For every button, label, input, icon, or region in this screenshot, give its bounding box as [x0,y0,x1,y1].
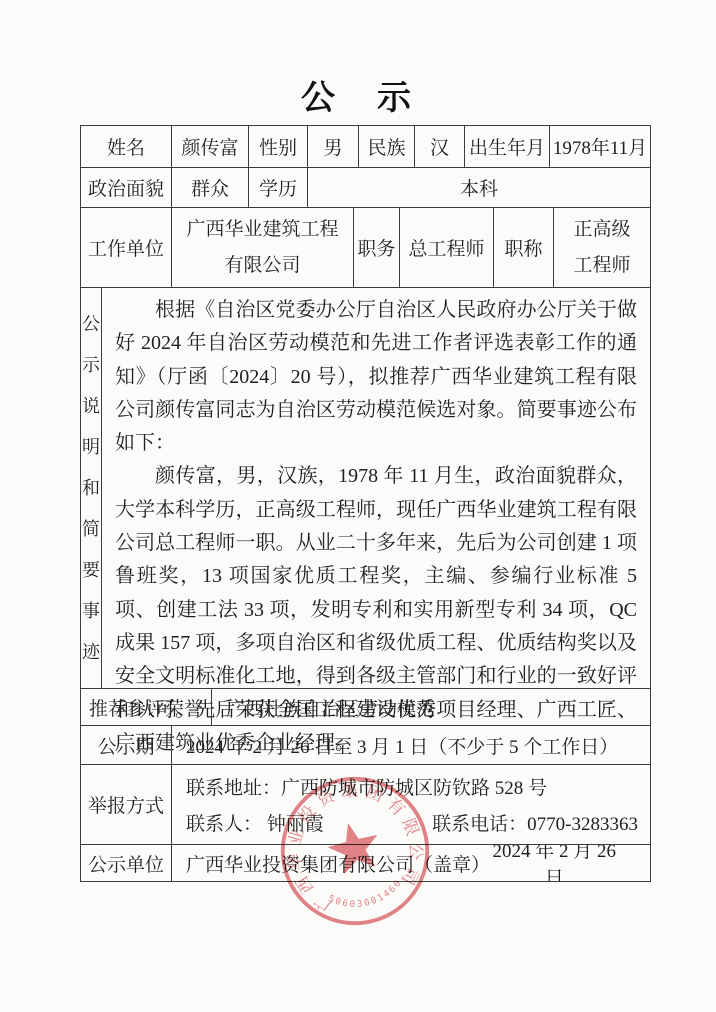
birth-value: 1978年11月 [549,126,650,167]
statement-body: 根据《自治区党委办公厅自治区人民政府办公厅关于做好 2024 年自治区劳动模范和… [101,288,650,688]
political-status-value: 群众 [171,168,248,207]
publisher-date: 2024 年 2 月 26 日 [482,845,626,881]
title-value: 正高级 工程师 [553,208,650,287]
ethnicity-value: 汉 [414,126,464,167]
page-title: 公 示 [0,70,716,119]
table-row-report: 举报方式 联系地址：广西防城市防城区防钦路 528 号 联系人： 钟丽霞 联系电… [81,764,650,844]
report-phone: 联系电话：0770-3283363 [432,809,638,836]
work-unit-label: 工作单位 [81,208,171,287]
report-label: 举报方式 [81,765,171,844]
period-value: 2024 年 2 月 26 日至 3 月 1 日（不少于 5 个工作日） [171,726,650,764]
period-label: 公示期 [81,726,171,764]
scanned-announcement-page: 公 示 姓名 颜传富 性别 男 民族 汉 出生年月 1978年11月 政治面貌 … [0,0,716,1012]
table-row-work-unit: 工作单位 广西华业建筑工程 有限公司 职务 总工程师 职称 正高级 工程师 [81,207,650,287]
table-row-political-education: 政治面貌 群众 学历 本科 [81,167,650,207]
honor-label: 推荐参评荣誉 [81,689,211,725]
position-value: 总工程师 [399,208,493,287]
gender-label: 性别 [248,126,307,167]
gender-value: 男 [307,126,358,167]
political-status-label: 政治面貌 [81,168,171,207]
statement-paragraph-1: 根据《自治区党委办公厅自治区人民政府办公厅关于做好 2024 年自治区劳动模范和… [115,294,637,460]
report-contact-person: 联系人： 钟丽霞 [186,809,324,836]
publisher-value: 广西华业投资集团有限公司（盖章） [186,850,482,877]
report-contact-line: 联系人： 钟丽霞 联系电话：0770-3283363 [186,809,638,836]
work-unit-line2: 有限公司 [224,248,300,284]
publisher-label: 公示单位 [81,845,171,881]
table-row-statement: 公示说明和简要事迹 根据《自治区党委办公厅自治区人民政府办公厅关于做好 2024… [81,287,650,688]
position-label: 职务 [353,208,399,287]
announcement-table: 姓名 颜传富 性别 男 民族 汉 出生年月 1978年11月 政治面貌 群众 学… [80,125,651,882]
title-line1: 正高级 [573,212,630,248]
work-unit-value: 广西华业建筑工程 有限公司 [171,208,353,287]
title-line2: 工程师 [573,248,630,284]
report-details: 联系地址：广西防城市防城区防钦路 528 号 联系人： 钟丽霞 联系电话：077… [171,765,650,844]
education-label: 学历 [248,168,307,207]
table-row-basic-info: 姓名 颜传富 性别 男 民族 汉 出生年月 1978年11月 [81,126,650,167]
education-value: 本科 [307,168,650,207]
table-row-period: 公示期 2024 年 2 月 26 日至 3 月 1 日（不少于 5 个工作日） [81,725,650,764]
statement-vertical-label: 公示说明和简要事迹 [81,288,101,688]
name-value: 颜传富 [171,126,248,167]
name-label: 姓名 [81,126,171,167]
publisher-value-cell: 广西华业投资集团有限公司（盖章） 2024 年 2 月 26 日 [171,845,650,881]
table-row-publisher: 公示单位 广西华业投资集团有限公司（盖章） 2024 年 2 月 26 日 [81,844,650,881]
honor-value: 广西壮族自治区劳动模范 [211,689,650,725]
birth-label: 出生年月 [464,126,549,167]
work-unit-line1: 广西华业建筑工程 [186,212,338,248]
title-label: 职称 [493,208,553,287]
table-row-honor: 推荐参评荣誉 广西壮族自治区劳动模范 [81,688,650,725]
ethnicity-label: 民族 [358,126,414,167]
report-address: 联系地址：广西防城市防城区防钦路 528 号 [186,773,638,800]
